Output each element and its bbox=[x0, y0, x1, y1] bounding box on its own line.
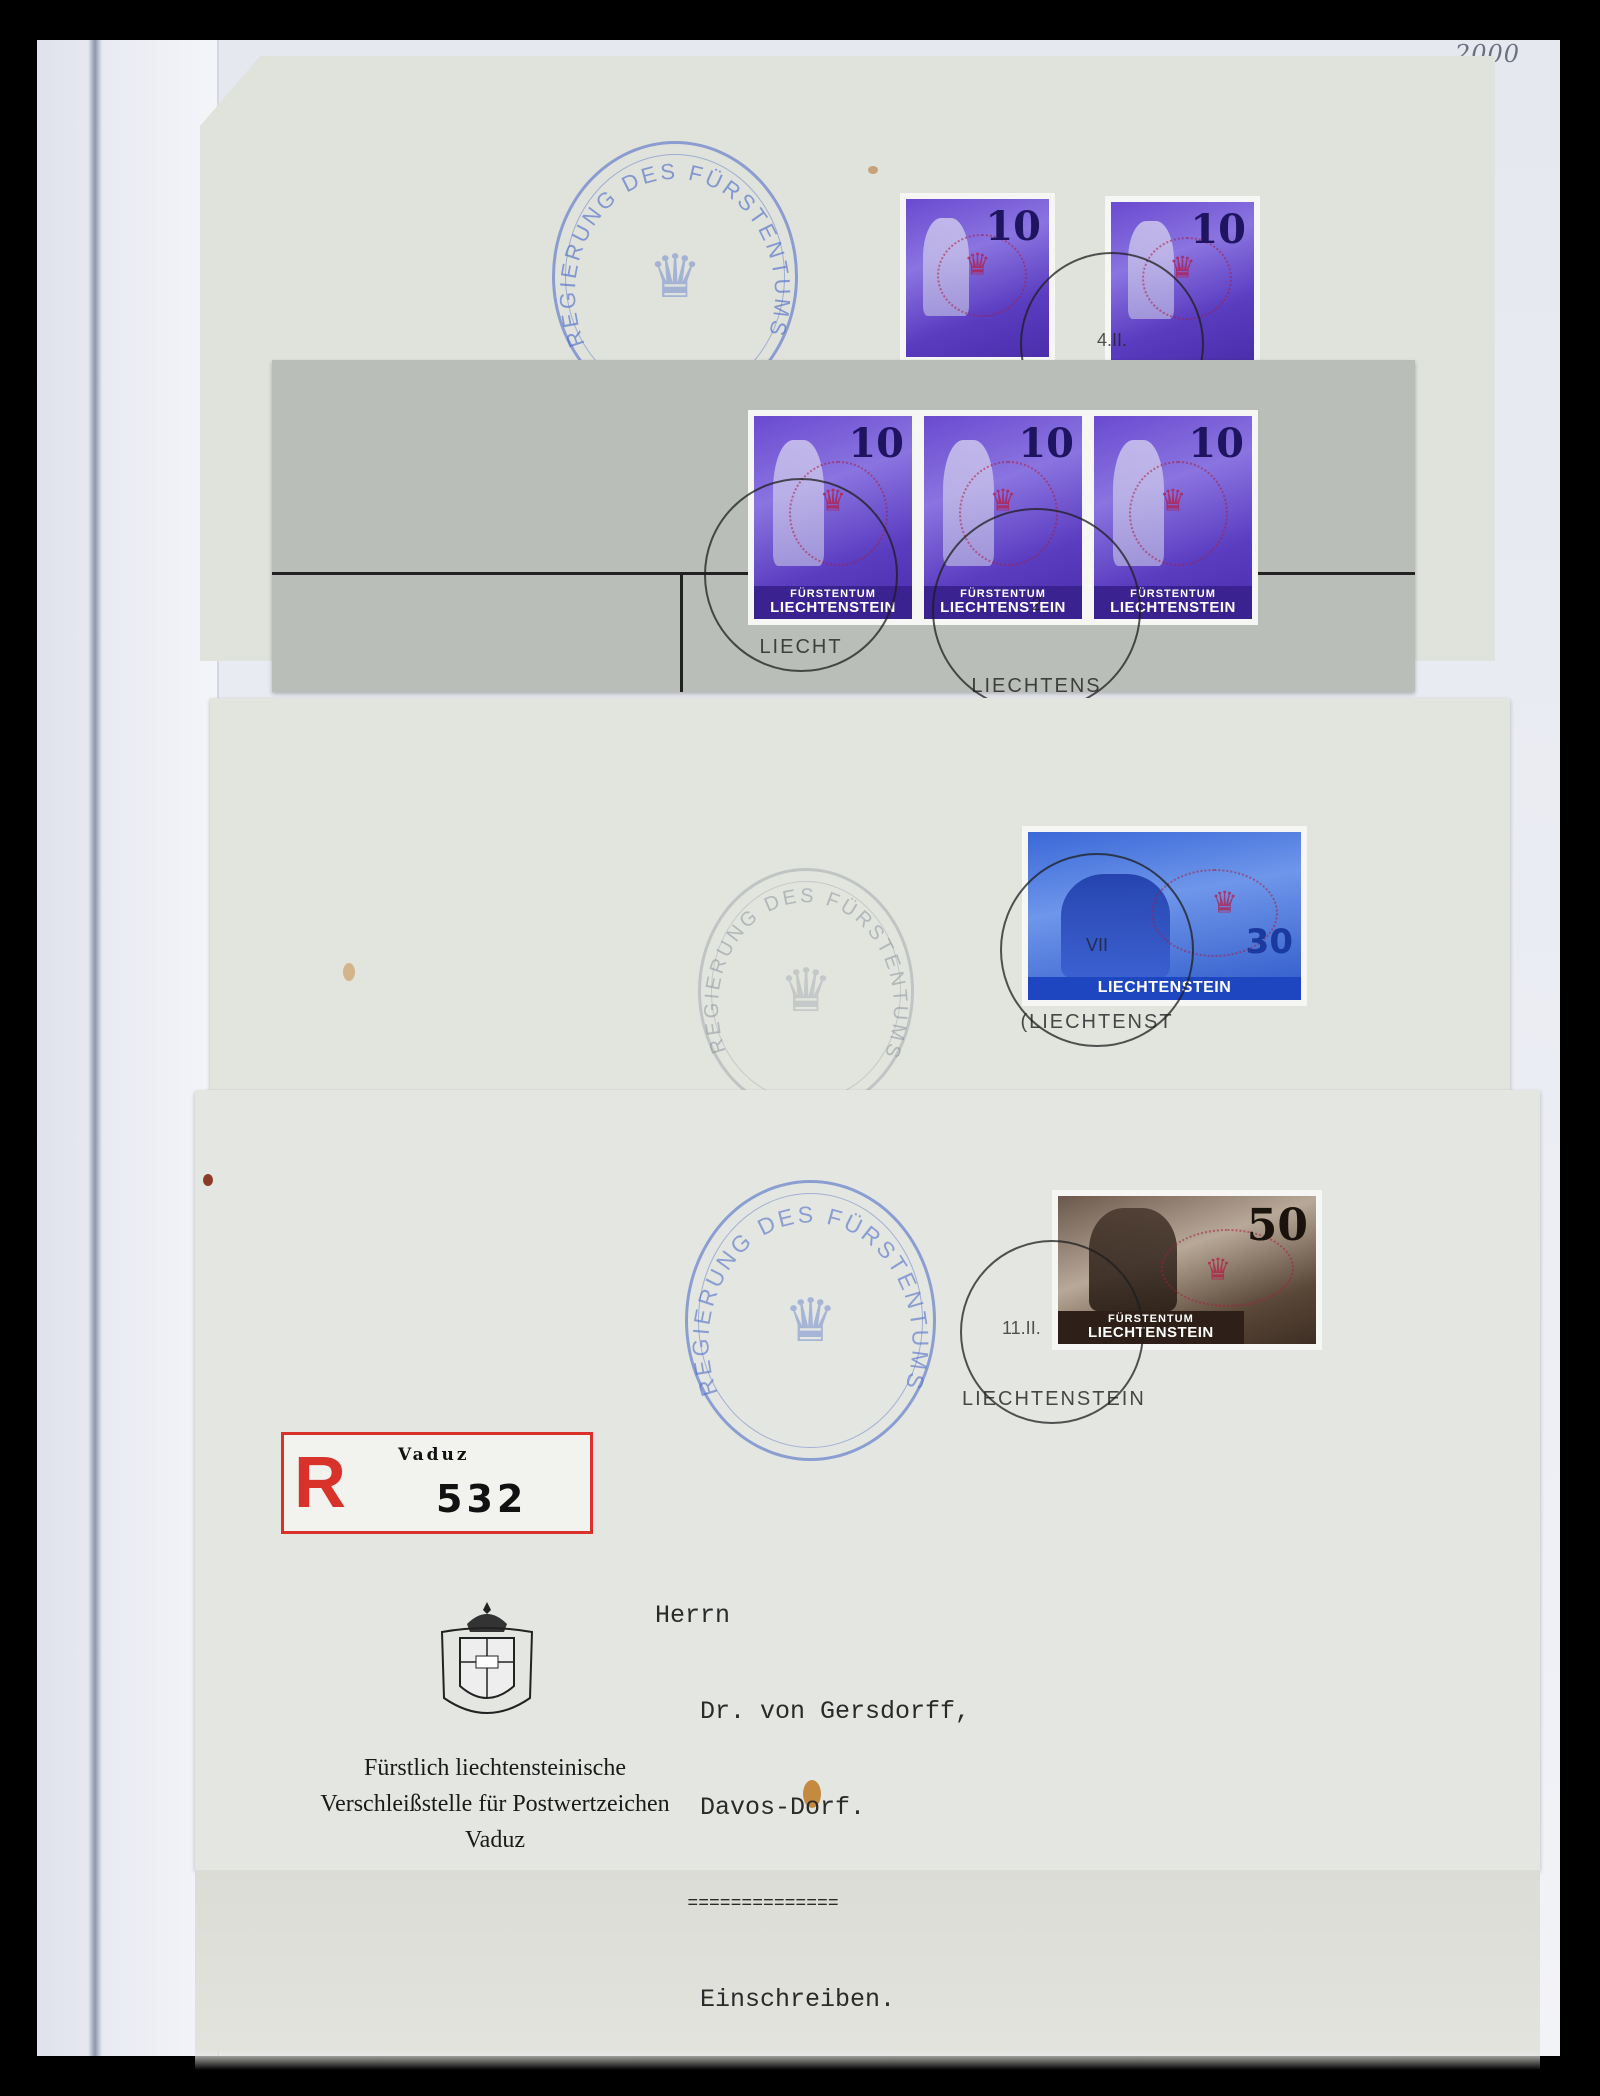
cover-3[interactable]: REGIERUNG DES FÜRSTENTUMS LIECHTENSTEIN … bbox=[210, 698, 1510, 1106]
album-binding-strip bbox=[37, 40, 219, 2056]
coat-of-arms-icon: ♛ bbox=[779, 956, 833, 1026]
sender-imprint: Fürstlich liechtensteinische Verschleißs… bbox=[270, 1750, 720, 1858]
registration-label: R Vaduz 532 bbox=[281, 1432, 593, 1534]
sender-line: Verschleißstelle für Postwertzeichen bbox=[270, 1786, 720, 1822]
address-line: ============== bbox=[655, 1888, 970, 1920]
binding-shadow bbox=[88, 40, 102, 2056]
paper-stain bbox=[868, 166, 878, 174]
registration-number: 532 bbox=[436, 1477, 527, 1521]
postmark: 2 LIECHTENS bbox=[932, 508, 1141, 712]
cover-2[interactable]: ♛ 10 FÜRSTENTUMLIECHTENSTEIN ♛ 10 FÜRSTE… bbox=[272, 360, 1415, 692]
printed-rule bbox=[680, 572, 683, 692]
coat-of-arms-icon bbox=[432, 1598, 542, 1728]
paper-stain bbox=[203, 1174, 213, 1186]
address-line: Einschreiben. bbox=[655, 1984, 970, 2016]
postmark: VII (LIECHTENST bbox=[1000, 853, 1194, 1047]
government-cachet: REGIERUNG DES FÜRSTENTUMS LIECHTENSTEIN … bbox=[685, 1180, 936, 1461]
address-line: Dr. von Gersdorff, bbox=[655, 1696, 970, 1728]
address-line: Herrn bbox=[655, 1600, 970, 1632]
paper-stain bbox=[343, 963, 355, 981]
sender-line: Vaduz bbox=[270, 1822, 720, 1858]
sender-line: Fürstlich liechtensteinische bbox=[270, 1750, 720, 1786]
registration-letter: R bbox=[294, 1443, 346, 1523]
coat-of-arms-icon: ♛ bbox=[648, 242, 702, 312]
postmark: 11.II. LIECHTENSTEIN bbox=[960, 1240, 1144, 1424]
government-cachet: REGIERUNG DES FÜRSTENTUMS LIECHTENSTEIN … bbox=[698, 868, 914, 1114]
crown-icon: ♛ bbox=[964, 248, 991, 283]
coat-of-arms-icon: ♛ bbox=[784, 1286, 838, 1356]
postmark: LIECHT bbox=[704, 478, 898, 672]
registration-city: Vaduz bbox=[398, 1445, 470, 1465]
